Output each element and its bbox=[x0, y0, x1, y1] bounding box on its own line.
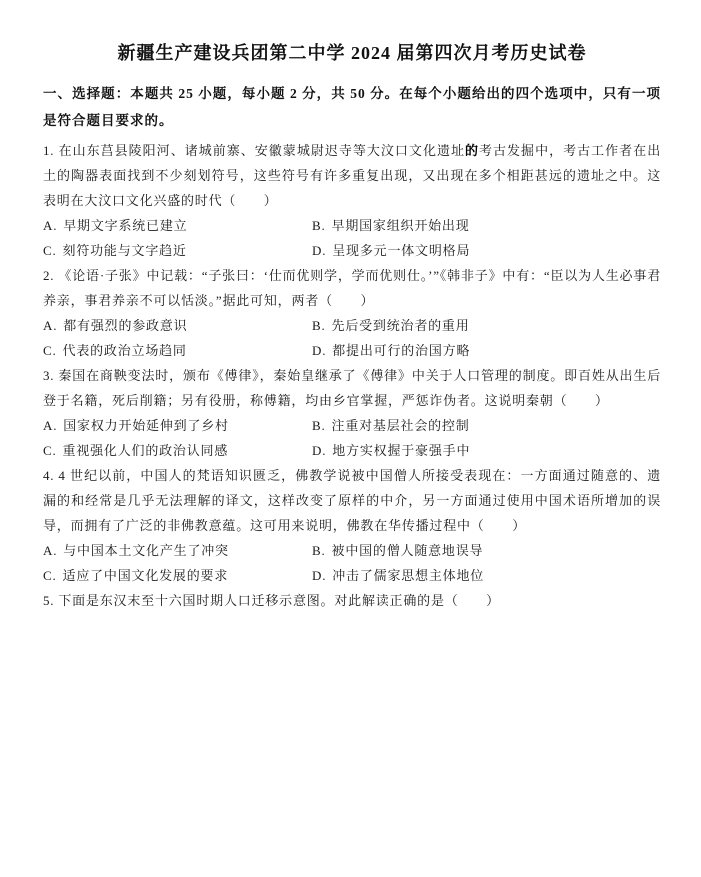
option-text: 刻符功能与文字趋近 bbox=[63, 243, 187, 258]
question-4-option-d: D.冲击了儒家思想主体地位 bbox=[312, 563, 661, 588]
question-3-option-d: D.地方实权握于豪强手中 bbox=[312, 438, 661, 463]
question-3-option-c: C.重视强化人们的政治认同感 bbox=[43, 438, 312, 463]
option-label: B. bbox=[312, 218, 326, 233]
option-text: 早期文字系统已建立 bbox=[63, 218, 187, 233]
question-1-stem-bold: 的 bbox=[465, 143, 479, 158]
option-label: D. bbox=[312, 443, 326, 458]
question-2: 2.《论语·子张》中记载：“子张曰：‘仕而优则学，学而优则仕。’”《韩非子》中有… bbox=[43, 263, 661, 363]
option-label: B. bbox=[312, 418, 326, 433]
question-2-option-c: C.代表的政治立场趋同 bbox=[43, 338, 312, 363]
question-1-number: 1. bbox=[43, 143, 54, 158]
option-label: B. bbox=[312, 543, 326, 558]
question-1-stem: 1.在山东莒县陵阳河、诸城前寨、安徽蒙城尉迟寺等大汶口文化遗址的考古发掘中，考古… bbox=[43, 138, 661, 213]
question-1-option-b: B.早期国家组织开始出现 bbox=[312, 213, 661, 238]
option-label: C. bbox=[43, 443, 57, 458]
exam-page: 新疆生产建设兵团第二中学 2024 届第四次月考历史试卷 一、选择题：本题共 2… bbox=[0, 0, 701, 877]
option-label: B. bbox=[312, 318, 326, 333]
question-2-option-b: B.先后受到统治者的重用 bbox=[312, 313, 661, 338]
option-text: 地方实权握于豪强手中 bbox=[332, 443, 470, 458]
question-4-options: A.与中国本土文化产生了冲突 B.被中国的僧人随意地误导 C.适应了中国文化发展… bbox=[43, 538, 661, 588]
option-label: C. bbox=[43, 343, 57, 358]
question-1-options: A.早期文字系统已建立 B.早期国家组织开始出现 C.刻符功能与文字趋近 D.呈… bbox=[43, 213, 661, 263]
question-1-option-a: A.早期文字系统已建立 bbox=[43, 213, 312, 238]
question-1-option-c: C.刻符功能与文字趋近 bbox=[43, 238, 312, 263]
option-text: 注重对基层社会的控制 bbox=[332, 418, 470, 433]
question-4-option-b: B.被中国的僧人随意地误导 bbox=[312, 538, 661, 563]
question-1-stem-pre: 在山东莒县陵阳河、诸城前寨、安徽蒙城尉迟寺等大汶口文化遗址 bbox=[58, 143, 465, 158]
question-3: 3.秦国在商鞅变法时，颁布《傅律》，秦始皇继承了《傅律》中关于人口管理的制度。即… bbox=[43, 363, 661, 463]
option-text: 冲击了儒家思想主体地位 bbox=[332, 568, 484, 583]
question-1-option-d: D.呈现多元一体文明格局 bbox=[312, 238, 661, 263]
question-5-stem: 5.下面是东汉末至十六国时期人口迁移示意图。对此解读正确的是（ ） bbox=[43, 588, 661, 613]
question-3-number: 3. bbox=[43, 368, 54, 383]
question-3-option-b: B.注重对基层社会的控制 bbox=[312, 413, 661, 438]
option-label: D. bbox=[312, 568, 326, 583]
option-text: 都有强烈的参政意识 bbox=[63, 318, 187, 333]
option-text: 呈现多元一体文明格局 bbox=[332, 243, 470, 258]
option-label: A. bbox=[43, 218, 57, 233]
option-text: 重视强化人们的政治认同感 bbox=[63, 443, 229, 458]
question-4-option-a: A.与中国本土文化产生了冲突 bbox=[43, 538, 312, 563]
option-label: D. bbox=[312, 243, 326, 258]
question-5-stem-text: 下面是东汉末至十六国时期人口迁移示意图。对此解读正确的是（ ） bbox=[58, 593, 500, 608]
question-2-stem: 2.《论语·子张》中记载：“子张曰：‘仕而优则学，学而优则仕。’”《韩非子》中有… bbox=[43, 263, 661, 313]
option-label: C. bbox=[43, 243, 57, 258]
option-text: 先后受到统治者的重用 bbox=[332, 318, 470, 333]
option-text: 国家权力开始延伸到了乡村 bbox=[63, 418, 229, 433]
question-3-stem-text: 秦国在商鞅变法时，颁布《傅律》，秦始皇继承了《傅律》中关于人口管理的制度。即百姓… bbox=[43, 368, 661, 408]
question-5-number: 5. bbox=[43, 593, 54, 608]
question-3-option-a: A.国家权力开始延伸到了乡村 bbox=[43, 413, 312, 438]
option-label: C. bbox=[43, 568, 57, 583]
question-2-option-d: D.都提出可行的治国方略 bbox=[312, 338, 661, 363]
option-label: A. bbox=[43, 543, 57, 558]
option-label: A. bbox=[43, 318, 57, 333]
option-text: 与中国本土文化产生了冲突 bbox=[63, 543, 229, 558]
question-2-options: A.都有强烈的参政意识 B.先后受到统治者的重用 C.代表的政治立场趋同 D.都… bbox=[43, 313, 661, 363]
question-4-stem-text: 4 世纪以前，中国人的梵语知识匮乏，佛教学说被中国僧人所接受表现在：一方面通过随… bbox=[43, 468, 661, 533]
question-1: 1.在山东莒县陵阳河、诸城前寨、安徽蒙城尉迟寺等大汶口文化遗址的考古发掘中，考古… bbox=[43, 138, 661, 263]
question-3-options: A.国家权力开始延伸到了乡村 B.注重对基层社会的控制 C.重视强化人们的政治认… bbox=[43, 413, 661, 463]
question-2-stem-text: 《论语·子张》中记载：“子张曰：‘仕而优则学，学而优则仕。’”《韩非子》中有：“… bbox=[43, 268, 661, 308]
question-2-number: 2. bbox=[43, 268, 54, 283]
question-2-option-a: A.都有强烈的参政意识 bbox=[43, 313, 312, 338]
question-5: 5.下面是东汉末至十六国时期人口迁移示意图。对此解读正确的是（ ） bbox=[43, 588, 661, 613]
question-3-stem: 3.秦国在商鞅变法时，颁布《傅律》，秦始皇继承了《傅律》中关于人口管理的制度。即… bbox=[43, 363, 661, 413]
section-heading: 一、选择题：本题共 25 小题，每小题 2 分，共 50 分。在每个小题给出的四… bbox=[43, 80, 661, 134]
page-title: 新疆生产建设兵团第二中学 2024 届第四次月考历史试卷 bbox=[43, 40, 661, 66]
option-label: D. bbox=[312, 343, 326, 358]
question-4-option-c: C.适应了中国文化发展的要求 bbox=[43, 563, 312, 588]
option-text: 代表的政治立场趋同 bbox=[63, 343, 187, 358]
option-label: A. bbox=[43, 418, 57, 433]
question-4: 4.4 世纪以前，中国人的梵语知识匮乏，佛教学说被中国僧人所接受表现在：一方面通… bbox=[43, 463, 661, 588]
option-text: 被中国的僧人随意地误导 bbox=[332, 543, 484, 558]
question-4-number: 4. bbox=[43, 468, 54, 483]
option-text: 都提出可行的治国方略 bbox=[332, 343, 470, 358]
option-text: 适应了中国文化发展的要求 bbox=[63, 568, 229, 583]
question-4-stem: 4.4 世纪以前，中国人的梵语知识匮乏，佛教学说被中国僧人所接受表现在：一方面通… bbox=[43, 463, 661, 538]
option-text: 早期国家组织开始出现 bbox=[332, 218, 470, 233]
